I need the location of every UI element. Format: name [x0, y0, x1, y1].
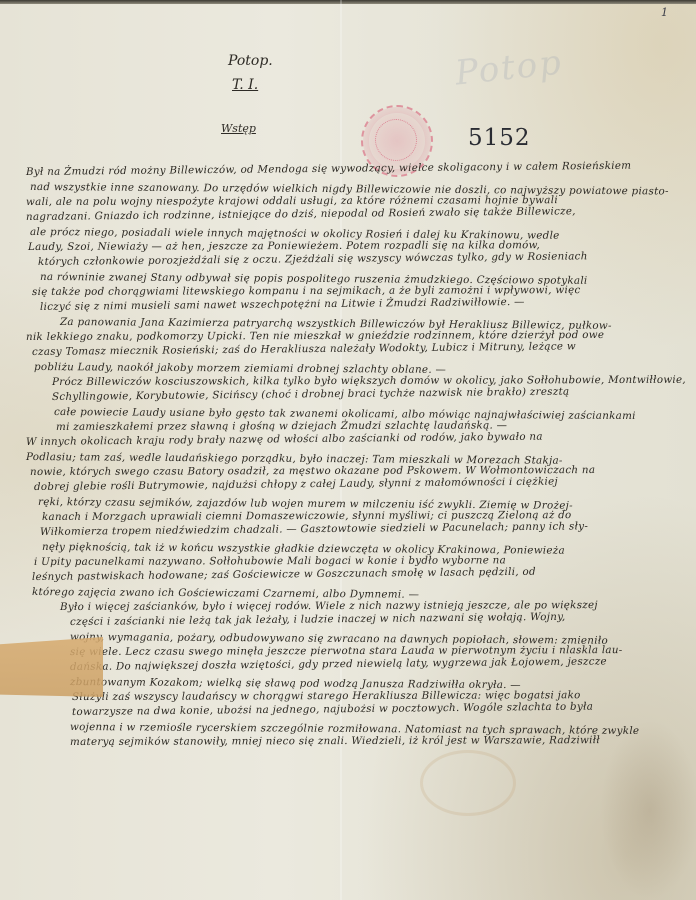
stamp-inner-ring: [375, 119, 417, 161]
section-label: Wstęp: [221, 122, 256, 135]
work-title: Potop.: [228, 52, 273, 70]
manuscript-line: Schyllingowie, Korybutowie, Sicińscy (ch…: [52, 386, 570, 403]
manuscript-line: Prócz Billewiczów kosciuszowskich, kilka…: [52, 374, 686, 388]
page-number: 1: [661, 6, 668, 19]
manuscript-line: Był na Żmudzi ród możny Billewiczów, od …: [26, 160, 631, 178]
manuscript-line: Wiłkomierza tropem niedźwiedzim chadzali…: [40, 520, 588, 538]
paper-fold: [340, 0, 342, 900]
volume-label: T. I.: [228, 76, 273, 94]
repair-tape: [0, 637, 103, 697]
manuscript-line: nagradzani. Gniazdo ich rodzinne, istnie…: [26, 205, 576, 223]
manuscript-line: W innych okolicach kraju rody brały nazw…: [26, 431, 543, 448]
manuscript-page: Potop 1 Potop. T. I. Wstęp 5152 Był na Ż…: [0, 0, 696, 900]
manuscript-line: dobrej glebie rośli Butrymowie, najdużsi…: [34, 476, 558, 493]
manuscript-line: materyą sejmików stanowiły, mniej nieco …: [70, 734, 600, 748]
manuscript-line: pobliżu Laudy, naokół jakoby morzem ziem…: [34, 361, 446, 376]
manuscript-line: czasy Tomasz miecznik Rosieński; zaś do …: [32, 340, 576, 358]
scan-top-edge: [0, 0, 696, 4]
manuscript-header: Potop. T. I.: [228, 52, 273, 94]
water-stain: [420, 750, 516, 816]
catalog-number: 5152: [468, 125, 531, 151]
bleed-through-writing: Potop: [453, 42, 564, 93]
manuscript-line: części i zaścianki nie leżą tak jak leża…: [70, 611, 566, 628]
manuscript-line: towarzysze na dwa konie, ubożsi na jedne…: [72, 701, 593, 718]
manuscript-line: dańska. Do największej doszła wziętości,…: [70, 655, 607, 673]
manuscript-line: liczyć się z nimi musieli sami nawet wsz…: [40, 296, 525, 313]
manuscript-line: którego zajęcia zwano ich Gościewiczami …: [32, 586, 419, 601]
manuscript-line: których członkowie porozjeżdżali się z o…: [38, 250, 588, 268]
manuscript-line: leśnych pastwiskach hodowane; zaś Goście…: [32, 566, 536, 583]
dark-stain: [600, 720, 696, 900]
